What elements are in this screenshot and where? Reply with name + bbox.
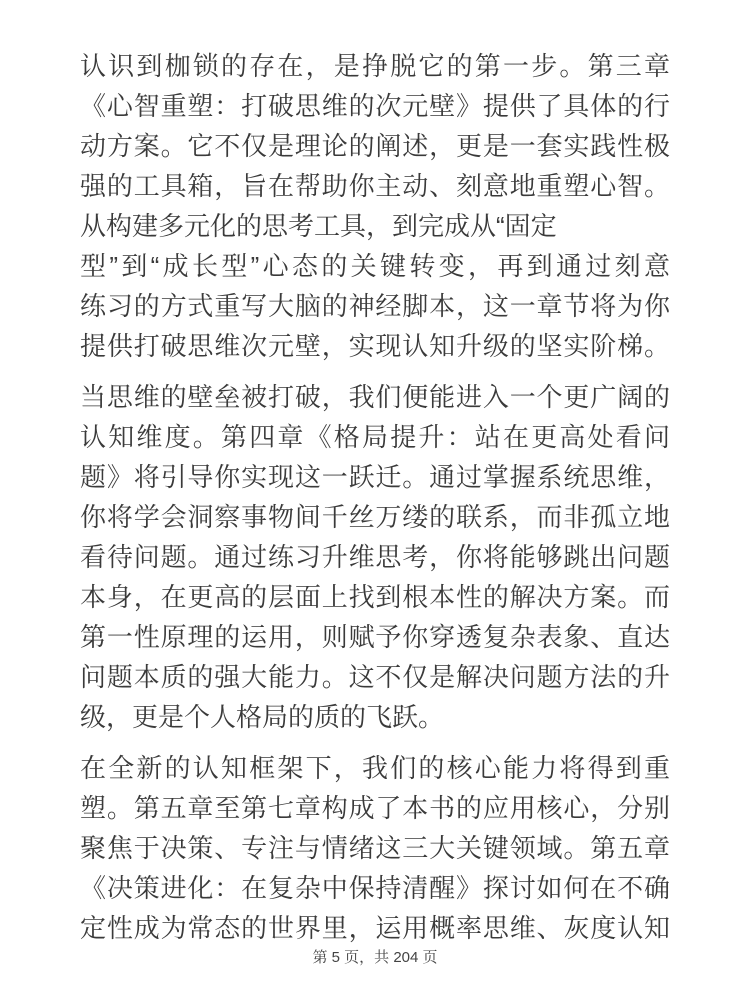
text-block: 认识到枷锁的存在，是挣脱它的第一步。第三章《心智重塑：打破思维的次元壁》提供了具… — [80, 46, 670, 948]
text-line: 你将学会洞察事物间千丝万缕的联系，而非孤立地 — [80, 497, 670, 537]
text-line: 第一性原理的运用，则赋予你穿透复杂表象、直达 — [80, 617, 670, 657]
text-line: 本身，在更高的层面上找到根本性的解决方案。而 — [80, 577, 670, 617]
text-line: 题》将引导你实现这一跃迁。通过掌握系统思维， — [80, 457, 670, 497]
paragraph: 认识到枷锁的存在，是挣脱它的第一步。第三章《心智重塑：打破思维的次元壁》提供了具… — [80, 46, 670, 366]
text-line: 强的工具箱，旨在帮助你主动、刻意地重塑心智。 — [80, 166, 670, 206]
text-line: 定性成为常态的世界里，运用概率思维、灰度认知 — [80, 908, 670, 948]
text-line: 在全新的认知框架下，我们的核心能力将得到重 — [80, 748, 670, 788]
text-line: 练习的方式重写大脑的神经脚本，这一章节将为你 — [80, 286, 670, 326]
text-line: 《决策进化：在复杂中保持清醒》探讨如何在不确 — [80, 868, 670, 908]
text-line: 提供打破思维次元壁，实现认知升级的坚实阶梯。 — [80, 326, 670, 366]
text-line: 当思维的壁垒被打破，我们便能进入一个更广阔的 — [80, 377, 670, 417]
text-line: 聚焦于决策、专注与情绪这三大关键领域。第五章 — [80, 828, 670, 868]
document-page[interactable]: 认识到枷锁的存在，是挣脱它的第一步。第三章《心智重塑：打破思维的次元壁》提供了具… — [0, 0, 750, 1000]
text-line: 看待问题。通过练习升维思考，你将能够跳出问题 — [80, 537, 670, 577]
text-line: 认识到枷锁的存在，是挣脱它的第一步。第三章 — [80, 46, 670, 86]
text-line: 型”到“成长型”心态的关键转变，再到通过刻意 — [80, 246, 670, 286]
paragraph: 在全新的认知框架下，我们的核心能力将得到重塑。第五章至第七章构成了本书的应用核心… — [80, 748, 670, 948]
text-line: 认知维度。第四章《格局提升：站在更高处看问 — [80, 417, 670, 457]
page-number-footer: 第 5 页，共 204 页 — [0, 948, 750, 968]
text-line: 问题本质的强大能力。这不仅是解决问题方法的升 — [80, 657, 670, 697]
text-line: 塑。第五章至第七章构成了本书的应用核心，分别 — [80, 788, 670, 828]
text-line: 《心智重塑：打破思维的次元壁》提供了具体的行 — [80, 86, 670, 126]
paragraph: 当思维的壁垒被打破，我们便能进入一个更广阔的认知维度。第四章《格局提升：站在更高… — [80, 377, 670, 737]
text-line: 从构建多元化的思考工具，到完成从“固定 — [80, 206, 670, 246]
text-line: 动方案。它不仅是理论的阐述，更是一套实践性极 — [80, 126, 670, 166]
text-line: 级，更是个人格局的质的飞跃。 — [80, 697, 670, 737]
